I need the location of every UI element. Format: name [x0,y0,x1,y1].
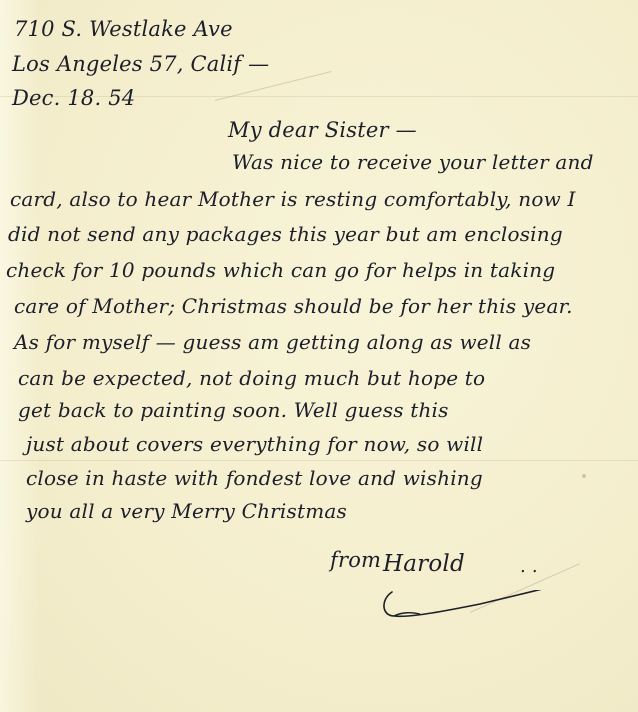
body-line: can be expected, not doing much but hope… [18,366,485,390]
body-line: care of Mother; Christmas should be for … [14,294,573,318]
letter-date: Dec. 18. 54 [12,86,135,110]
body-line: get back to painting soon. Well guess th… [18,398,449,422]
address-line-2: Los Angeles 57, Calif — [12,52,269,76]
signature-marks: . . [520,556,538,577]
body-line: you all a very Merry Christmas [26,499,347,523]
body-line: card, also to hear Mother is resting com… [10,187,576,211]
salutation: My dear Sister — [228,118,417,142]
body-line: just about covers everything for now, so… [26,432,483,456]
letter-page: 710 S. Westlake Ave Los Angeles 57, Cali… [0,0,638,712]
address-line-1: 710 S. Westlake Ave [14,17,233,41]
body-line: close in haste with fondest love and wis… [26,466,483,490]
ink-spot [582,474,586,478]
body-line: check for 10 pounds which can go for hel… [6,258,555,282]
closing-from: from [330,548,381,572]
body-line: Was nice to receive your letter and [232,150,594,174]
paper-fold-line [0,460,638,461]
body-line: did not send any packages this year but … [8,222,563,246]
signature-name: Harold [383,551,465,577]
body-line: As for myself — guess am getting along a… [14,330,531,354]
signature-flourish-icon [380,590,560,630]
